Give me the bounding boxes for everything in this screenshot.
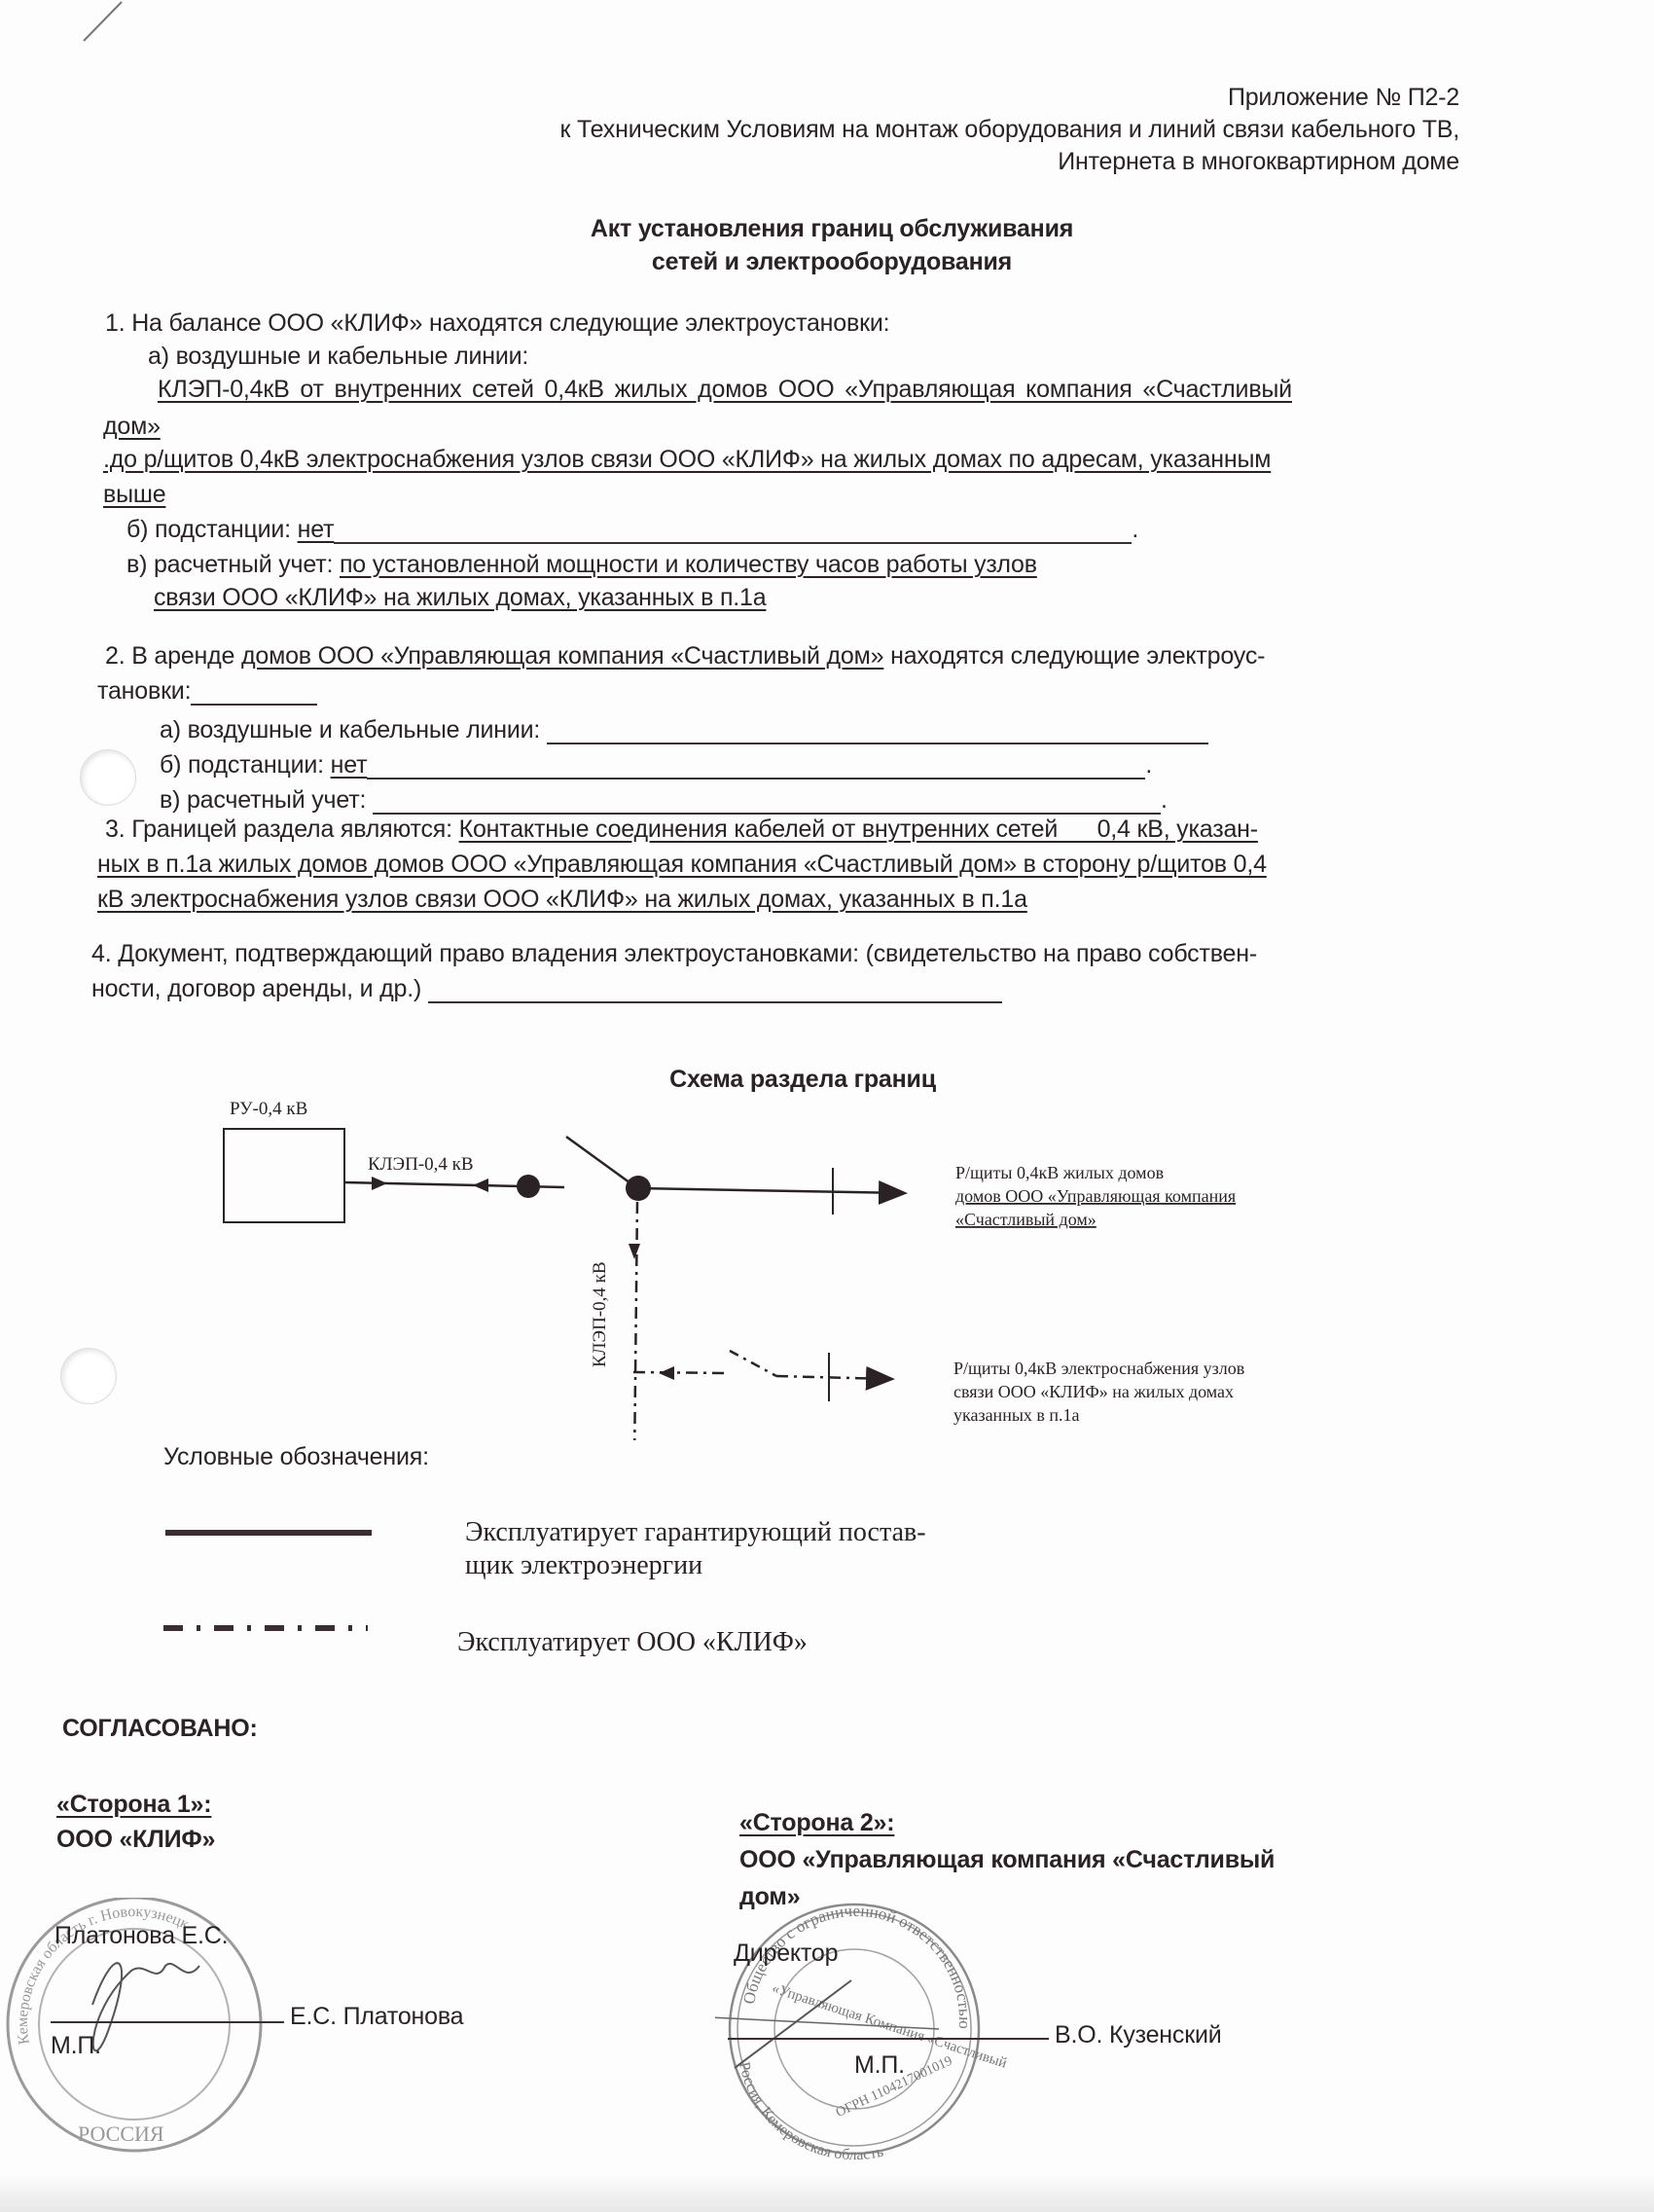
- party1-label: «Сторона 1»:: [56, 1787, 215, 1822]
- party1-signature-line: [51, 2021, 284, 2023]
- main-line: [638, 1188, 903, 1193]
- klif-vertical-line: [634, 1202, 637, 1440]
- section-4-line-2: ности, договор аренды, и др.): [91, 975, 1454, 1010]
- section-4-line-1: 4. Документ, подтверждающий право владен…: [91, 940, 1454, 975]
- section-3: 3. Границей раздела являются: Контактные…: [97, 816, 1459, 921]
- blank-line: [334, 521, 1132, 544]
- switch-blade: [566, 1137, 633, 1185]
- contact-point: [517, 1175, 540, 1198]
- legend-title: Условные обозначения:: [163, 1443, 429, 1471]
- section-1b-value: нет: [298, 516, 335, 543]
- title-line-1: Акт установления границ обслуживания: [525, 212, 1138, 245]
- document-title: Акт установления границ обслуживания сет…: [525, 212, 1138, 278]
- legend-solid-text-2: щик электроэнергии: [465, 1549, 926, 1582]
- section-3-prefix: 3. Границей раздела являются:: [105, 816, 452, 843]
- party1-signer: Платонова Е.С.: [54, 1922, 228, 1950]
- section-1a-value-1: КЛЭП-0,4кВ от внутренних сетей 0,4кВ жил…: [105, 376, 1467, 413]
- section-2-prefix: 2. В аренде: [105, 642, 234, 670]
- scan-edge: [0, 2173, 1654, 2212]
- section-2-line2: тановки:: [97, 677, 1467, 716]
- section-1a-value-4: выше: [103, 481, 1467, 516]
- section-3-value-1: Контактные соединения кабелей от внутрен…: [459, 816, 1258, 843]
- appendix-header: Приложение № П2-2 к Техническим Условиям…: [560, 82, 1460, 178]
- section-2: 2. В аренде домов ООО «Управляющая компа…: [105, 642, 1467, 821]
- section-4: 4. Документ, подтверждающий право владен…: [91, 940, 1454, 1010]
- party2-stamp-place: М.П.: [854, 2051, 905, 2080]
- appendix-subtitle-2: Интернета в многоквартирном доме: [560, 146, 1460, 178]
- party1-signature: [92, 1963, 199, 2050]
- arrow-down-icon: [629, 1244, 640, 1259]
- appendix-number: Приложение № П2-2: [560, 82, 1460, 114]
- section-2-suffix: находятся следующие электроус-: [890, 642, 1265, 670]
- section-1-heading: 1. На балансе ООО «КЛИФ» находятся следу…: [105, 309, 1467, 343]
- party2-org-1: ООО «Управляющая компания «Счастливый: [739, 1841, 1275, 1878]
- section-1a-value-2: дом»: [103, 413, 1467, 446]
- section-2b: б) подстанции: нет.: [105, 751, 1467, 786]
- target1-line3: «Счастливый дом»: [955, 1210, 1097, 1229]
- section-2-lessor: домов ООО «Управляющая компания «Счастли…: [241, 642, 883, 670]
- section-2c-label: в) расчетный учет:: [160, 786, 366, 814]
- legend-solid-text: Эксплуатирует гарантирующий постав- щик …: [465, 1516, 926, 1582]
- section-2a: а) воздушные и кабельные линии:: [105, 716, 1467, 751]
- vertical-cable-label: КЛЭП-0,4 кВ: [590, 1261, 610, 1367]
- target1-line1: Р/щиты 0,4кВ жилых домов: [955, 1163, 1164, 1182]
- section-1a-label: а) воздушные и кабельные линии:: [105, 343, 1467, 376]
- appendix-subtitle-1: к Техническим Условиям на монтаж оборудо…: [560, 114, 1460, 146]
- blank-line: [373, 791, 1161, 815]
- corner-pen-mark: [78, 0, 136, 44]
- party2-position: Директор: [734, 1940, 838, 1968]
- section-2a-label: а) воздушные и кабельные линии:: [160, 716, 540, 743]
- section-2-heading: 2. В аренде домов ООО «Управляющая компа…: [105, 642, 1467, 677]
- party1-stamp-place: М.П.: [51, 2032, 101, 2060]
- blank-line: [547, 721, 1208, 744]
- ru-label: РУ-0,4 кВ: [230, 1099, 307, 1119]
- target1-line2: домов ООО «Управляющая компания: [955, 1186, 1236, 1206]
- section-3-value-3: кВ электроснабжения узлов связи ООО «КЛИ…: [97, 886, 1027, 921]
- section-1b: б) подстанции: нет.: [105, 516, 1467, 551]
- party2-label: «Сторона 2»:: [739, 1804, 1275, 1841]
- section-2-line2-text: тановки:: [97, 677, 191, 705]
- target2-line2: связи ООО «КЛИФ» на жилых домах: [953, 1382, 1234, 1401]
- section-1b-label: б) подстанции:: [126, 516, 291, 543]
- section-1: 1. На балансе ООО «КЛИФ» находятся следу…: [105, 309, 1467, 617]
- blank-line: [191, 682, 317, 706]
- arrow-left-icon: [473, 1179, 488, 1192]
- section-1c: в) расчетный учет: по установленной мощн…: [105, 551, 1467, 584]
- legend-solid-text-1: Эксплуатирует гарантирующий постав-: [465, 1516, 926, 1549]
- arrow-left-icon: [659, 1366, 674, 1380]
- section-1c-value-1: по установленной мощности и количеству ч…: [340, 551, 1037, 578]
- section-1c-value-2: связи ООО «КЛИФ» на жилых домах, указанн…: [105, 584, 766, 617]
- boundary-diagram: РУ-0,4 кВ КЛЭП-0,4 кВ КЛЭП-0,4 кВ Р/щиты…: [0, 1090, 1654, 1440]
- party1-name: Е.С. Платонова: [290, 2003, 463, 2031]
- section-2b-value: нет: [331, 751, 368, 779]
- section-3-heading: 3. Границей раздела являются: Контактные…: [97, 816, 1459, 851]
- agreed-label: СОГЛАСОВАНО:: [62, 1715, 258, 1743]
- section-3-value-2: ных в п.1а жилых домов домов ООО «Управл…: [97, 851, 1459, 886]
- section-4-line-2-text: ности, договор аренды, и др.): [91, 975, 421, 1002]
- klif-switch: [730, 1351, 776, 1376]
- party2-name: В.О. Кузенский: [1055, 2021, 1221, 2049]
- target2-line3: указанных в п.1а: [953, 1405, 1080, 1425]
- cable-label: КЛЭП-0,4 кВ: [368, 1154, 474, 1175]
- party1-block: «Сторона 1»: ООО «КЛИФ»: [56, 1787, 215, 1857]
- arrow-right-icon: [372, 1177, 387, 1190]
- party1-org: ООО «КЛИФ»: [56, 1822, 215, 1857]
- section-2b-label: б) подстанции:: [160, 751, 324, 779]
- target2-line1: Р/щиты 0,4кВ электроснабжения узлов: [953, 1359, 1244, 1378]
- legend-dashdot-line: [163, 1623, 378, 1635]
- section-1a-value-3: .до р/щитов 0,4кВ электроснабжения узлов…: [103, 446, 1467, 481]
- blank-line: [428, 980, 1002, 1003]
- switchgear-box: [224, 1129, 344, 1222]
- blank-line: [367, 756, 1145, 780]
- legend-solid-line: [165, 1530, 372, 1536]
- party1-stamp-country: РОССИЯ: [78, 2121, 164, 2146]
- title-line-2: сетей и электрооборудования: [525, 245, 1138, 278]
- party2-signature-line: [728, 2038, 1049, 2040]
- section-1c-label: в) расчетный учет:: [126, 551, 333, 578]
- legend-dashdot-text: Эксплуатирует ООО «КЛИФ»: [457, 1627, 808, 1658]
